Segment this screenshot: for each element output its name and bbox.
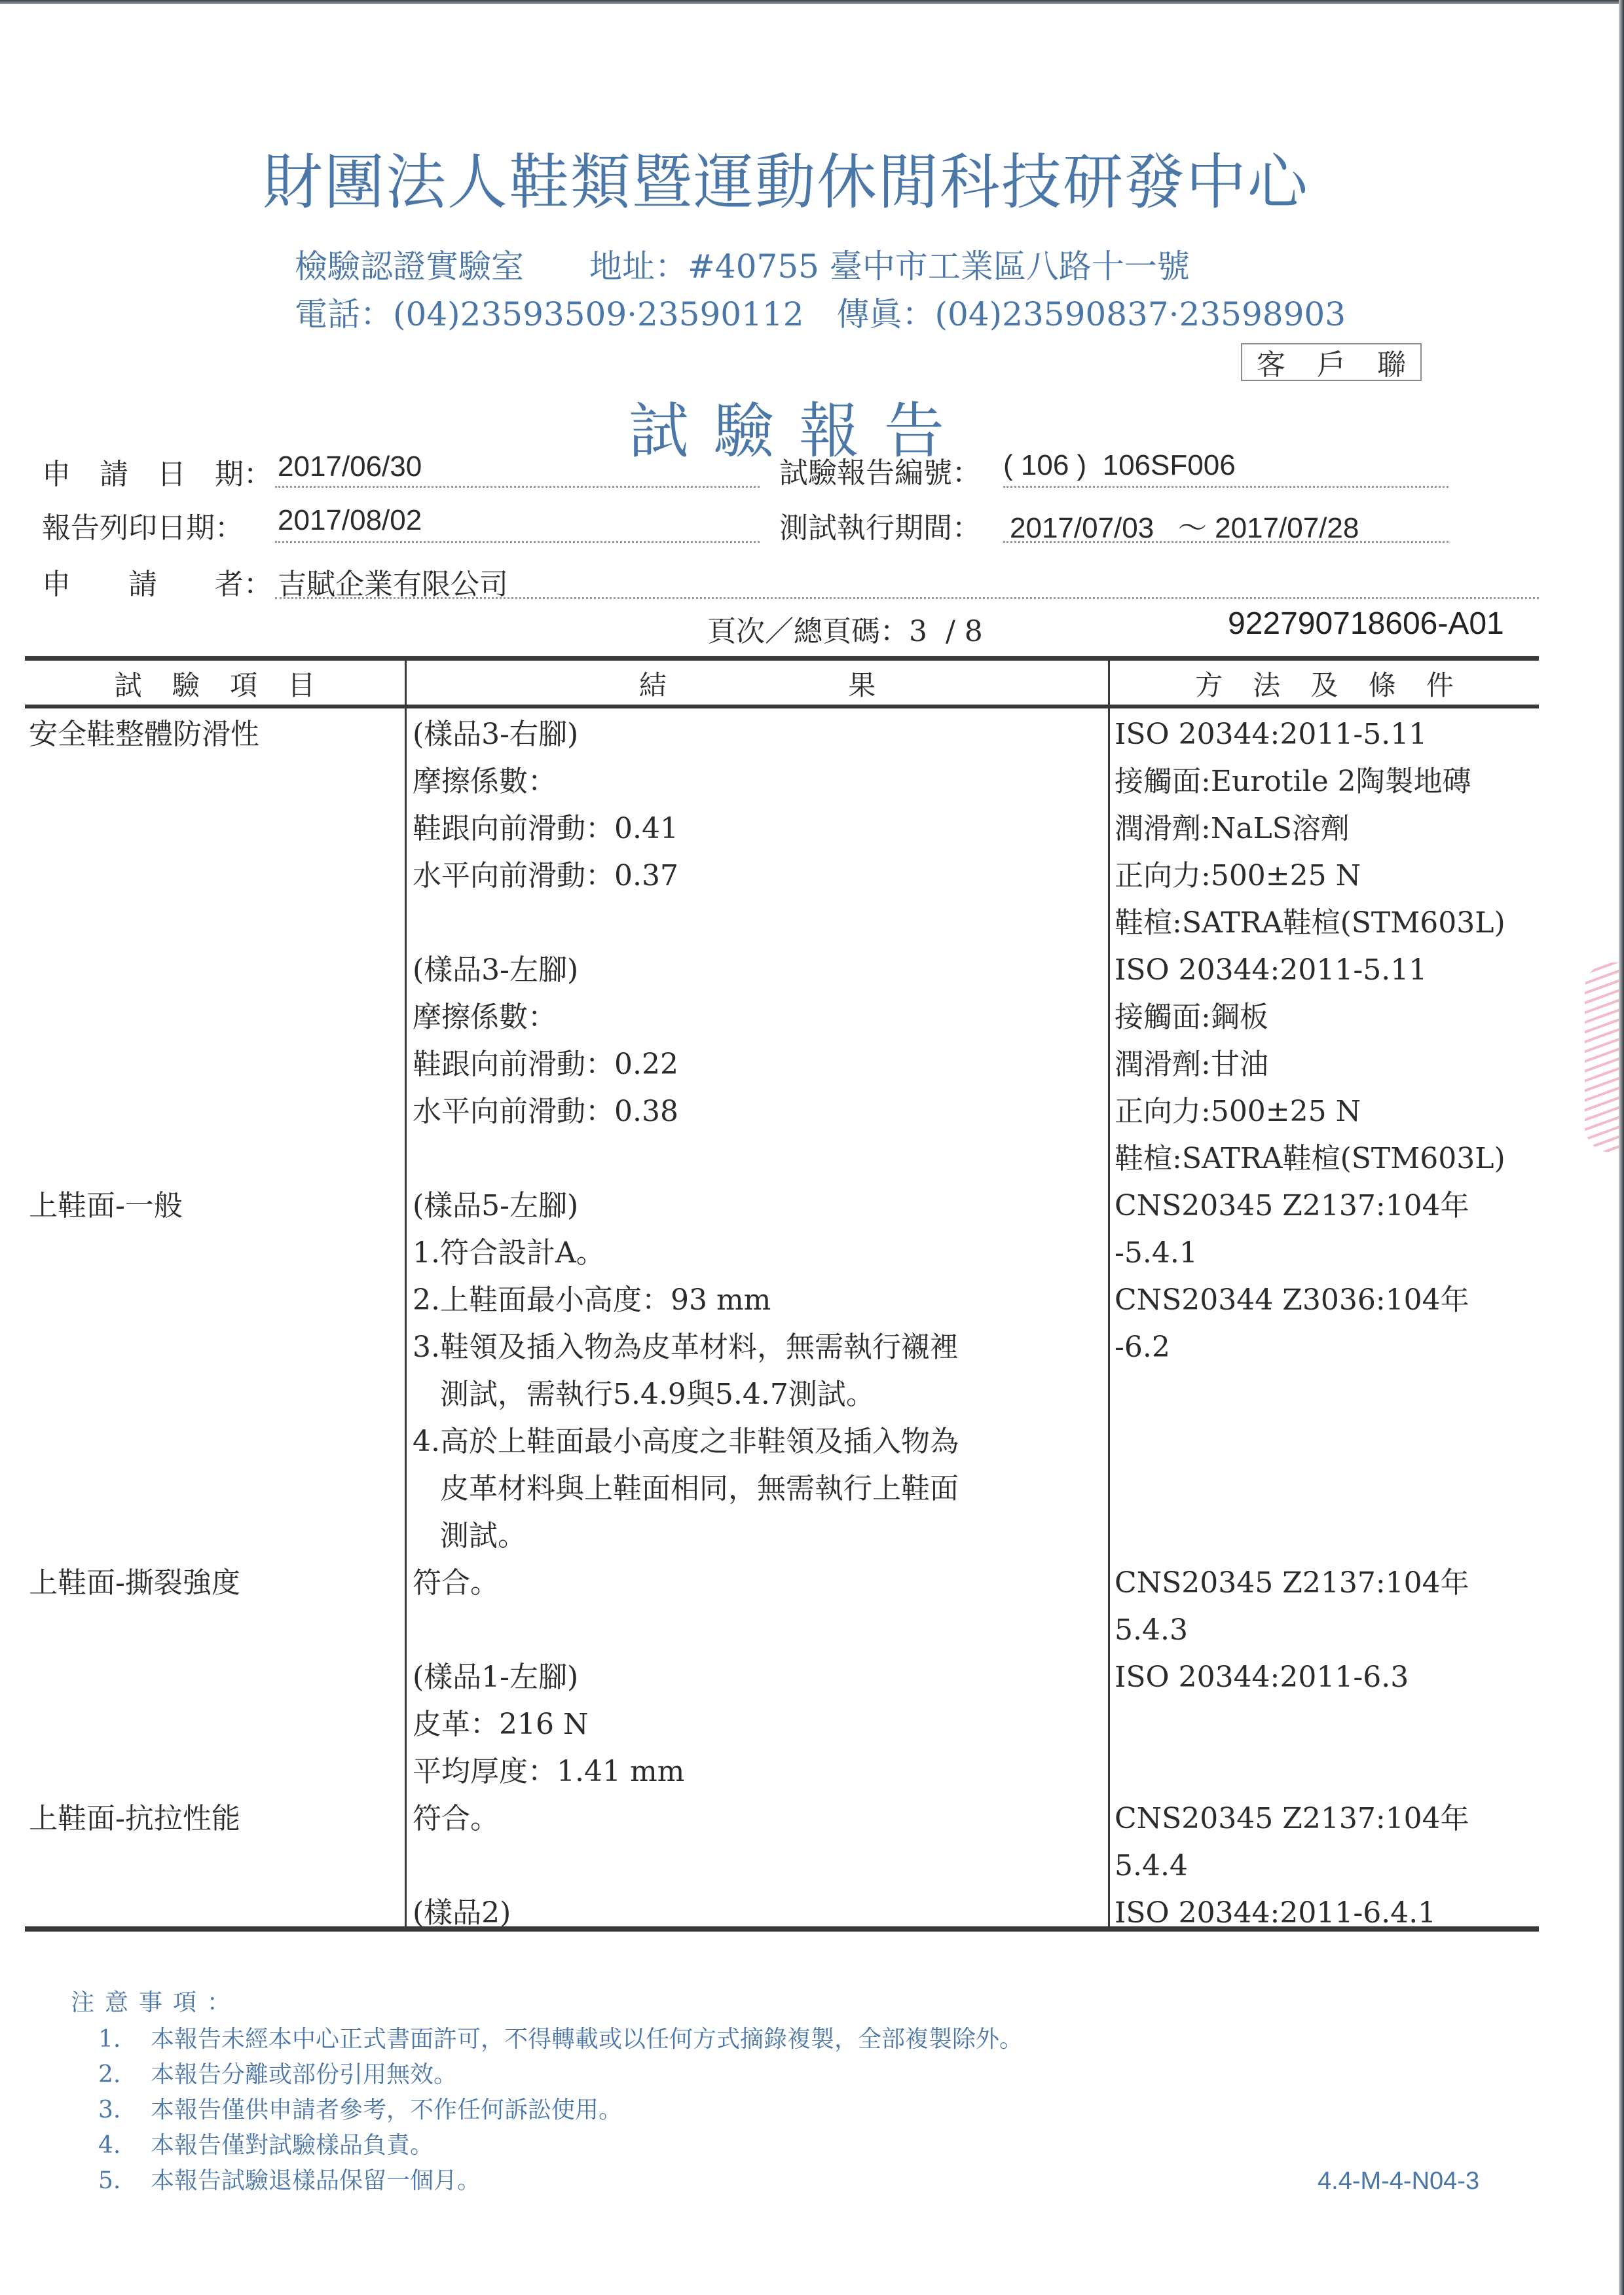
underline xyxy=(275,486,760,488)
scan-edge-right xyxy=(1619,0,1624,2295)
table-row-method: CNS20345 Z2137:104年 -5.4.1 CNS20344 Z303… xyxy=(1115,1183,1469,1371)
table-row-item: 上鞋面-抗拉性能 xyxy=(29,1795,240,1843)
table-row-method: ISO 20344:2011-5.11 接觸面:Eurotile 2陶製地磚 潤… xyxy=(1115,711,1505,1183)
header-char: 法 xyxy=(1253,664,1280,703)
header-char: 驗 xyxy=(172,664,200,703)
header-char: 方 xyxy=(1195,664,1223,703)
table-row-item: 上鞋面-撕裂強度 xyxy=(29,1560,240,1607)
table-row-method: CNS20345 Z2137:104年 5.4.3 ISO 20344:2011… xyxy=(1115,1560,1469,1701)
table-row-item: 上鞋面-一般 xyxy=(29,1183,183,1230)
header-char: 果 xyxy=(848,664,876,703)
note-number: 5. xyxy=(98,2167,151,2194)
table-row-result: 符合。 (樣品1-左腳) 皮革：216 N 平均厚度：1.41 mm xyxy=(413,1560,684,1795)
table-row-result: (樣品5-左腳) 1.符合設計A。 2.上鞋面最小高度：93 mm 3.鞋領及插… xyxy=(413,1183,959,1560)
copy-type-char: 客 xyxy=(1257,341,1285,383)
note-text: 本報告未經本中心正式書面許可，不得轉載或以任何方式摘錄複製，全部複製除外。 xyxy=(151,2026,1023,2053)
red-seal-stamp xyxy=(1585,963,1619,1152)
note-text: 本報告僅供申請者參考，不作任何訴訟使用。 xyxy=(151,2097,622,2123)
underline xyxy=(1003,541,1449,543)
application-date-value: 2017/06/30 xyxy=(278,450,422,483)
report-number-label: 試驗報告編號： xyxy=(779,449,981,491)
report-number-value: ( 106 ) 106SF006 xyxy=(1003,449,1236,482)
header-char: 及 xyxy=(1310,664,1338,703)
test-period-label: 測試執行期間： xyxy=(779,504,981,546)
underline xyxy=(1003,486,1449,488)
table-row-result: 符合。 (樣品2) xyxy=(413,1795,511,1937)
note-item: 3.本報告僅供申請者參考，不作任何訴訟使用。 xyxy=(98,2091,622,2125)
table-header-rule xyxy=(25,705,1539,708)
copy-type-char: 戶 xyxy=(1317,341,1346,383)
note-item: 4.本報告僅對試驗樣品負責。 xyxy=(98,2127,434,2160)
scan-edge-top xyxy=(0,0,1624,4)
table-row-result: (樣品3-右腳) 摩擦係數： 鞋跟向前滑動：0.41 水平向前滑動：0.37 (… xyxy=(413,711,678,1135)
header-char: 條 xyxy=(1369,664,1396,703)
notes-title: 注意事項： xyxy=(71,1984,241,2017)
applicant-value: 吉賦企業有限公司 xyxy=(278,560,508,602)
column-divider xyxy=(1108,659,1110,1928)
header-char: 試 xyxy=(115,664,142,703)
note-text: 本報告僅對試驗樣品負責。 xyxy=(151,2132,434,2159)
column-divider xyxy=(405,659,407,1928)
table-row-item: 安全鞋整體防滑性 xyxy=(29,711,259,758)
header-char: 結 xyxy=(639,664,667,703)
note-text: 本報告分離或部份引用無效。 xyxy=(151,2061,457,2088)
page-value: 3 / 8 xyxy=(909,615,983,648)
note-item: 1.本報告未經本中心正式書面許可，不得轉載或以任何方式摘錄複製，全部複製除外。 xyxy=(98,2021,1023,2054)
document-number: 922790718606-A01 xyxy=(1228,606,1504,642)
underline xyxy=(275,597,1539,599)
note-number: 3. xyxy=(98,2097,151,2123)
note-item: 2.本報告分離或部份引用無效。 xyxy=(98,2056,457,2089)
header-char: 項 xyxy=(230,664,257,703)
lab-contact: 電話：(04)23593509·23590112 傳眞：(04)23590837… xyxy=(295,288,1346,335)
note-text: 本報告試驗退樣品保留一個月。 xyxy=(151,2167,481,2194)
note-number: 2. xyxy=(98,2061,151,2088)
form-code: 4.4-M-4-N04-3 xyxy=(1318,2167,1479,2195)
header-result: 結 果 xyxy=(407,663,1108,705)
test-period-value: 2017/07/03 ～ 2017/07/28 xyxy=(1010,504,1359,546)
page-label: 頁次／總頁碼： xyxy=(707,615,909,648)
note-item: 5.本報告試驗退樣品保留一個月。 xyxy=(98,2162,481,2195)
note-number: 4. xyxy=(98,2132,151,2159)
applicant-label: 申 請 者： xyxy=(42,560,272,602)
copy-type-char: 聯 xyxy=(1377,341,1406,383)
copy-type-box: 客 戶 聯 xyxy=(1241,343,1422,381)
application-date-label: 申 請 日 期： xyxy=(42,450,272,492)
note-number: 1. xyxy=(98,2026,151,2053)
table-top-rule xyxy=(25,656,1539,661)
header-method: 方 法 及 條 件 xyxy=(1110,663,1539,705)
header-char: 件 xyxy=(1426,664,1454,703)
lab-address: 檢驗認證實驗室 地址：#40755 臺中市工業區八路十一號 xyxy=(295,240,1190,287)
page-number: 頁次／總頁碼：3 / 8 xyxy=(707,608,983,650)
print-date-value: 2017/08/02 xyxy=(278,504,422,537)
table-row-method: CNS20345 Z2137:104年 5.4.4 ISO 20344:2011… xyxy=(1115,1795,1469,1937)
organization-name: 財團法人鞋類暨運動休閒科技研發中心 xyxy=(0,134,1572,221)
underline xyxy=(275,541,760,543)
print-date-label: 報告列印日期： xyxy=(42,504,244,546)
header-test-item: 試 驗 項 目 xyxy=(25,663,405,705)
header-char: 目 xyxy=(287,664,315,703)
